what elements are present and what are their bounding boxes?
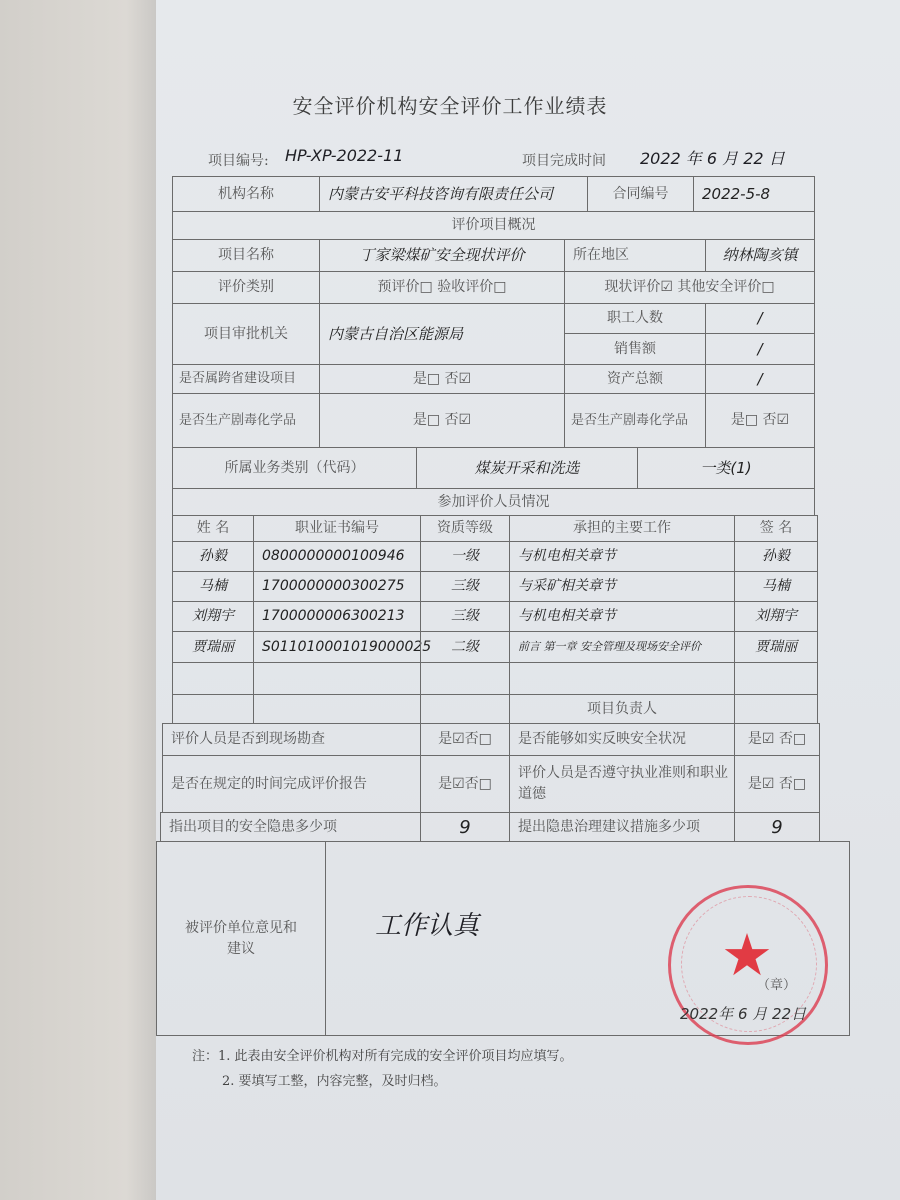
ethics-label: 评价人员是否遵守执业准则和职业道德: [509, 755, 735, 813]
reflect-label: 是否能够如实反映安全状况: [509, 723, 735, 756]
staff-row-work: 与采矿相关章节: [509, 571, 735, 602]
onsite-label: 评价人员是否到现场勘查: [162, 723, 421, 756]
staff-row-level: 三级: [420, 601, 510, 632]
eval-type-options-left: 预评价□ 验收评价□: [319, 271, 565, 304]
section-overview: 评价项目概况: [172, 211, 815, 240]
completion-label: 项目完成时间: [522, 150, 606, 170]
cross-province-label: 是否属跨省建设项目: [172, 364, 320, 394]
eval-type-label: 评价类别: [172, 271, 320, 304]
measures-label: 提出隐患治理建议措施多少项: [509, 812, 735, 842]
toxic-value-2: 是□ 否☑: [705, 393, 815, 448]
staff-row-cert: 1700000006300213: [253, 601, 421, 632]
empty-cell: [734, 662, 818, 695]
seal-label: （章）: [757, 974, 796, 993]
staff-header-cell: 职业证书编号: [253, 515, 421, 542]
staff-row-level: 一级: [420, 541, 510, 572]
cross-province-value: 是□ 否☑: [319, 364, 565, 394]
page-title: 安全评价机构安全评价工作业绩表: [0, 90, 900, 119]
region-label: 所在地区: [564, 239, 706, 272]
section-staff: 参加评价人员情况: [172, 488, 815, 516]
onsite-value: 是☑否□: [420, 723, 510, 756]
assets-label: 资产总额: [564, 364, 706, 394]
business-label: 所属业务类别（代码）: [172, 447, 417, 489]
empty-cell: [172, 662, 254, 695]
staff-row-sign: 孙毅: [734, 541, 818, 572]
staff-row-sign: 刘翔宇: [734, 601, 818, 632]
toxic-value: 是□ 否☑: [319, 393, 565, 448]
empty-cell: [172, 694, 254, 724]
staff-row-level: 三级: [420, 571, 510, 602]
hazards-label: 指出项目的安全隐患多少项: [160, 812, 421, 842]
org-name-label: 机构名称: [172, 176, 320, 212]
staff-row-cert: 0800000000100946: [253, 541, 421, 572]
measures-value: 9: [734, 812, 820, 842]
empty-cell: [253, 694, 421, 724]
empty-cell: [253, 662, 421, 695]
staff-row-name: 孙毅: [172, 541, 254, 572]
toxic-label-2: 是否生产剧毒化学品: [564, 393, 706, 448]
ontime-label: 是否在规定的时间完成评价报告: [162, 755, 421, 813]
business-code: 一类(1): [637, 447, 815, 489]
staff-header-cell: 姓 名: [172, 515, 254, 542]
staff-header-cell: 签 名: [734, 515, 818, 542]
staff-row-cert: S011010001019000025: [253, 631, 421, 663]
staff-row-cert: 1700000000300275: [253, 571, 421, 602]
project-leader-label: 项目负责人: [509, 694, 735, 724]
approval-value: 内蒙古自治区能源局: [319, 303, 565, 365]
opinion-label: 被评价单位意见和建议: [156, 841, 326, 1036]
sales-value: /: [705, 333, 815, 365]
project-name-label: 项目名称: [172, 239, 320, 272]
staff-row-work: 与机电相关章节: [509, 541, 735, 572]
empty-cell: [420, 662, 510, 695]
adjacent-page: [0, 0, 158, 1200]
hazards-value: 9: [420, 812, 510, 842]
ethics-value: 是☑ 否□: [734, 755, 820, 813]
project-no-label: 项目编号:: [208, 150, 269, 170]
region-value: 纳林陶亥镇: [705, 239, 815, 272]
note-line-1: 注：1. 此表由安全评价机构对所有完成的安全评价项目均应填写。: [192, 1045, 573, 1064]
approval-label: 项目审批机关: [172, 303, 320, 365]
project-name-value: 丁家梁煤矿安全现状评价: [319, 239, 565, 272]
opinion-value: 工作认真: [375, 905, 479, 942]
completion-value: 2022 年 6 月 22 日: [640, 146, 785, 169]
staff-header-cell: 资质等级: [420, 515, 510, 542]
note-line-2: 2. 要填写工整，内容完整，及时归档。: [222, 1070, 447, 1089]
staff-header-cell: 承担的主要工作: [509, 515, 735, 542]
staff-row-name: 刘翔宇: [172, 601, 254, 632]
staff-row-sign: 贾瑞丽: [734, 631, 818, 663]
reflect-value: 是☑ 否□: [734, 723, 820, 756]
contract-no-value: 2022-5-8: [693, 176, 815, 212]
staff-row-name: 贾瑞丽: [172, 631, 254, 663]
seal-date: 2022年 6 月 22日: [680, 1003, 806, 1024]
staff-row-work: 前言 第一章 安全管理及现场安全评价: [509, 631, 735, 663]
staff-count-value: /: [705, 303, 815, 334]
staff-count-label: 职工人数: [564, 303, 706, 334]
empty-cell: [420, 694, 510, 724]
ontime-value: 是☑否□: [420, 755, 510, 813]
staff-row-name: 马楠: [172, 571, 254, 602]
org-name-value: 内蒙古安平科技咨询有限责任公司: [319, 176, 588, 212]
sales-label: 销售额: [564, 333, 706, 365]
toxic-label: 是否生产剧毒化学品: [172, 393, 320, 448]
business-value: 煤炭开采和洗选: [416, 447, 638, 489]
eval-type-options-right: 现状评价☑ 其他安全评价□: [564, 271, 815, 304]
project-no-value: HP-XP-2022-11: [285, 146, 403, 165]
empty-cell: [509, 662, 735, 695]
assets-value: /: [705, 364, 815, 394]
staff-row-work: 与机电相关章节: [509, 601, 735, 632]
staff-row-level: 二级: [420, 631, 510, 663]
contract-no-label: 合同编号: [587, 176, 694, 212]
staff-row-sign: 马楠: [734, 571, 818, 602]
empty-cell: [734, 694, 818, 724]
